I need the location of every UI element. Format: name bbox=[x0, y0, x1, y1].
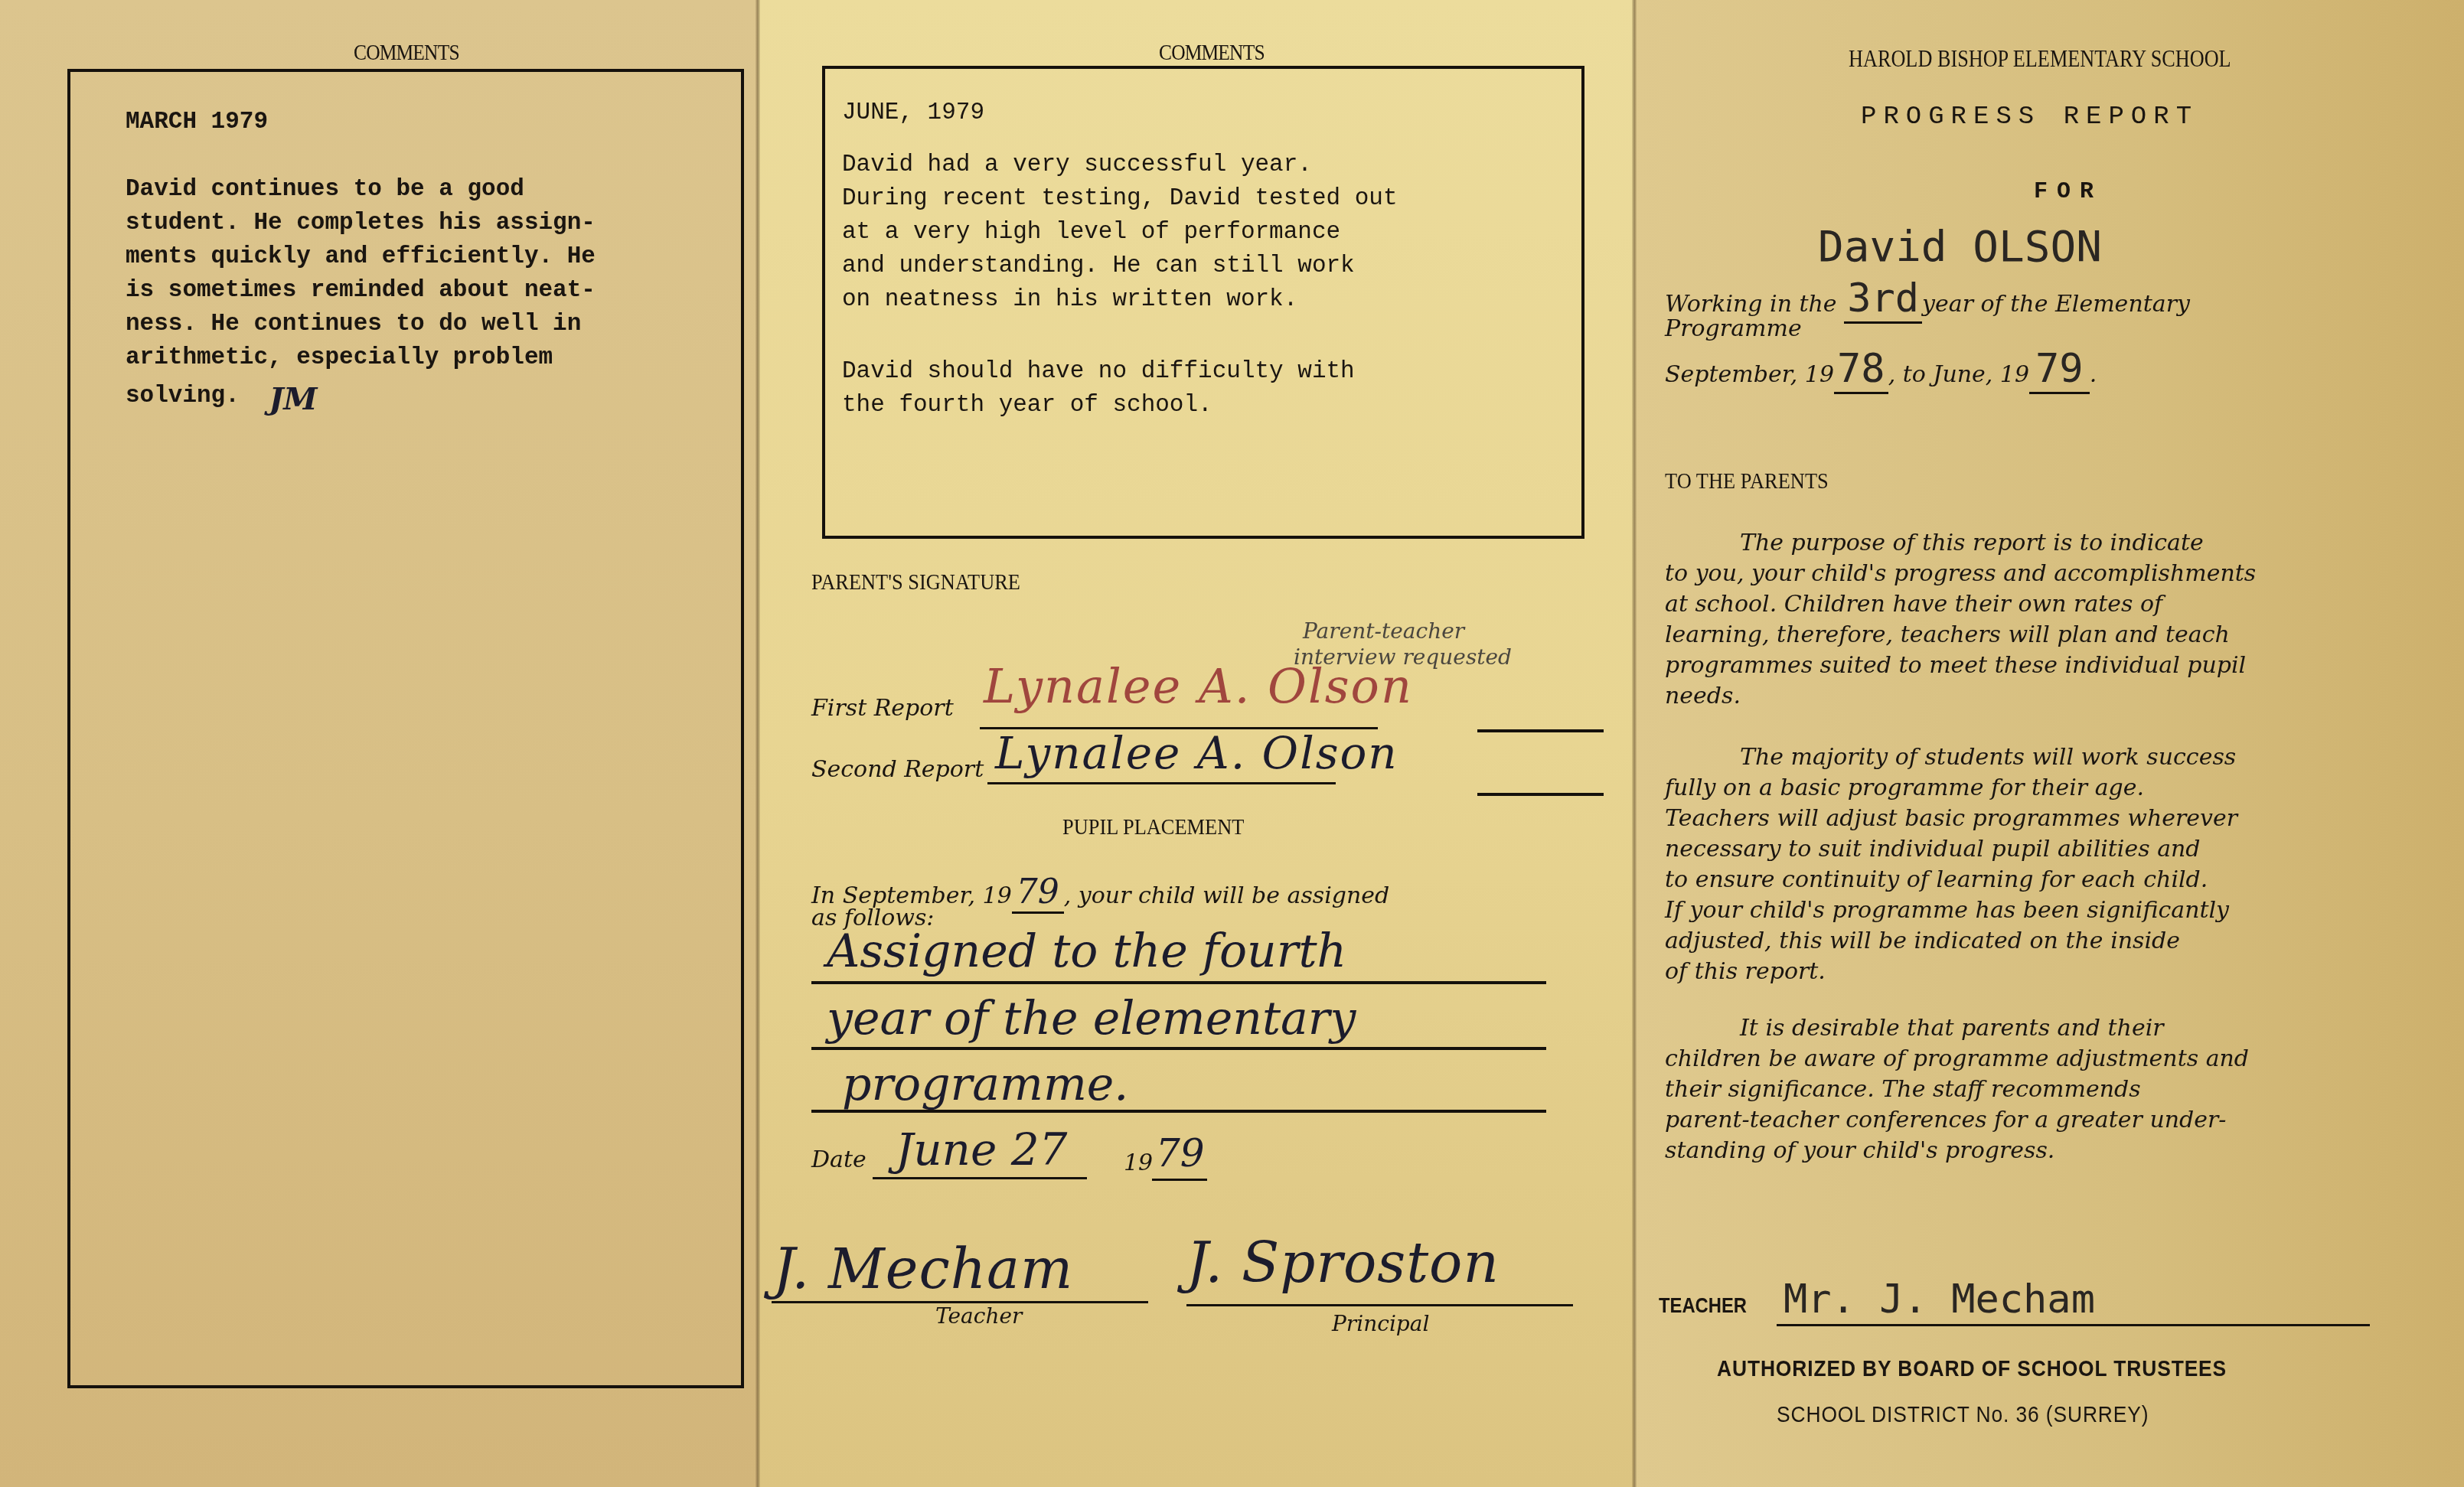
teacher-signature[interactable]: J. Mecham bbox=[773, 1237, 1073, 1301]
march-comment-text: David continues to be a good student. He… bbox=[126, 173, 596, 413]
left-panel: COMMENTS MARCH 1979 David continues to b… bbox=[0, 0, 758, 1487]
placement-assignment-line-1[interactable]: Assigned to the fourth bbox=[827, 924, 1346, 978]
for-label: FOR bbox=[2034, 179, 2103, 205]
march-comment-box: MARCH 1979 David continues to be a good … bbox=[67, 69, 744, 1388]
comment-line: David continues to be a good bbox=[126, 173, 596, 207]
paper-fold-right bbox=[1632, 0, 1637, 1487]
middle-panel: COMMENTS JUNE, 1979 David had a very suc… bbox=[758, 0, 1634, 1487]
paragraph-line: at school. Children have their own rates… bbox=[1665, 589, 2256, 620]
second-report-interview-checkbox-line[interactable] bbox=[1477, 793, 1604, 796]
teacher-name-line bbox=[1777, 1324, 2370, 1326]
paragraph-line: parent-teacher conferences for a greater… bbox=[1665, 1105, 2249, 1136]
period-prefix: September, 19 bbox=[1665, 361, 1834, 388]
paragraph-line: fully on a basic programme for their age… bbox=[1665, 773, 2237, 804]
left-comments-header: COMMENTS bbox=[354, 40, 459, 66]
paper-fold-left bbox=[756, 0, 760, 1487]
paragraph-line: learning, therefore, teachers will plan … bbox=[1665, 620, 2256, 651]
paragraph-line: It is desirable that parents and their bbox=[1665, 1013, 2249, 1044]
period-start-year: 78 bbox=[1834, 346, 1888, 394]
parents-paragraph-2: The majority of students will work succe… bbox=[1665, 742, 2237, 987]
comment-line: is sometimes reminded about neat- bbox=[126, 274, 596, 308]
period-middle: , to June, 19 bbox=[1888, 361, 2029, 388]
comment-line: David should have no difficulty with bbox=[842, 355, 1355, 389]
comment-line: ments quickly and efficiently. He bbox=[126, 240, 596, 274]
teacher-label: TEACHER bbox=[1659, 1293, 1747, 1318]
placement-year[interactable]: 79 bbox=[1012, 872, 1064, 914]
to-the-parents-heading: TO THE PARENTS bbox=[1665, 468, 1829, 494]
right-panel: HAROLD BISHOP ELEMENTARY SCHOOL PROGRESS… bbox=[1634, 0, 2464, 1487]
working-line2: Programme bbox=[1665, 314, 1802, 344]
paragraph-line: The purpose of this report is to indicat… bbox=[1665, 528, 2256, 559]
period-end: . bbox=[2090, 361, 2097, 388]
comment-line-last: solving. bbox=[126, 383, 240, 409]
principal-label: Principal bbox=[1332, 1309, 1429, 1339]
june-comment-paragraph-1: David had a very successful year. During… bbox=[842, 148, 1398, 317]
interview-note-line: Parent-teacher bbox=[1294, 618, 1512, 644]
paragraph-line: programmes suited to meet these individu… bbox=[1665, 651, 2256, 681]
placement-assignment-line-2[interactable]: year of the elementary bbox=[827, 992, 1356, 1045]
comment-line: David had a very successful year. bbox=[842, 148, 1398, 182]
paragraph-line: children be aware of programme adjustmen… bbox=[1665, 1044, 2249, 1074]
paragraph-line: standing of your child's progress. bbox=[1665, 1136, 2249, 1166]
year-value: 3rd bbox=[1844, 276, 1922, 324]
comment-line: ness. He continues to do well in bbox=[126, 308, 596, 341]
second-report-signature-line bbox=[987, 782, 1336, 784]
june-comment-date: JUNE, 1979 bbox=[842, 96, 984, 130]
principal-signature-line bbox=[1186, 1304, 1573, 1306]
pupil-placement-heading: PUPIL PLACEMENT bbox=[1062, 814, 1244, 840]
working-suffix: year of the Elementary bbox=[1922, 291, 2190, 318]
comment-line: solving. JM bbox=[126, 375, 596, 413]
placement-intro-suffix: , your child will be assigned bbox=[1064, 882, 1390, 909]
placement-line-2 bbox=[811, 1047, 1546, 1050]
authorized-line: AUTHORIZED BY BOARD OF SCHOOL TRUSTEES bbox=[1717, 1356, 2227, 1382]
second-report-label: Second Report bbox=[811, 755, 984, 785]
teacher-initials: JM bbox=[269, 381, 317, 417]
principal-signature[interactable]: J. Sproston bbox=[1186, 1231, 1500, 1295]
first-report-interview-checkbox-line[interactable] bbox=[1477, 729, 1604, 732]
placement-assignment-line-3[interactable]: programme. bbox=[842, 1058, 1128, 1111]
paragraph-line: needs. bbox=[1665, 681, 2256, 712]
placement-date-year[interactable]: 79 bbox=[1156, 1131, 1205, 1176]
school-year-period: September, 1978, to June, 1979. bbox=[1665, 354, 2097, 390]
paragraph-line: of this report. bbox=[1665, 957, 2237, 987]
first-report-signature[interactable]: Lynalee A. Olson bbox=[984, 658, 1413, 714]
placement-date-line bbox=[873, 1177, 1087, 1179]
first-report-label: First Report bbox=[811, 693, 954, 724]
student-name: David OLSON bbox=[1818, 222, 2102, 272]
placement-date-value[interactable]: June 27 bbox=[896, 1123, 1068, 1176]
parents-paragraph-3: It is desirable that parents and their c… bbox=[1665, 1013, 2249, 1166]
placement-line-3 bbox=[811, 1110, 1546, 1113]
school-name: HAROLD BISHOP ELEMENTARY SCHOOL bbox=[1849, 44, 2231, 73]
paragraph-line: The majority of students will work succe… bbox=[1665, 742, 2237, 773]
teacher-label: Teacher bbox=[935, 1301, 1022, 1332]
comment-line: arithmetic, especially problem bbox=[126, 341, 596, 375]
placement-date-label: Date bbox=[811, 1145, 866, 1176]
period-end-year: 79 bbox=[2029, 346, 2090, 394]
second-report-signature[interactable]: Lynalee A. Olson bbox=[995, 727, 1398, 779]
comment-line: and understanding. He can still work bbox=[842, 249, 1398, 283]
comment-line: During recent testing, David tested out bbox=[842, 182, 1398, 216]
parents-signature-heading: PARENT'S SIGNATURE bbox=[811, 569, 1020, 595]
paragraph-line: their significance. The staff recommends bbox=[1665, 1074, 2249, 1105]
paragraph-line: to ensure continuity of learning for eac… bbox=[1665, 865, 2237, 895]
placement-line-1 bbox=[811, 981, 1546, 984]
comment-line: at a very high level of performance bbox=[842, 216, 1398, 249]
paragraph-line: necessary to suit individual pupil abili… bbox=[1665, 834, 2237, 865]
june-comment-paragraph-2: David should have no difficulty with the… bbox=[842, 355, 1355, 422]
comment-line: on neatness in his written work. bbox=[842, 283, 1398, 317]
report-title: PROGRESS REPORT bbox=[1861, 103, 2198, 132]
comment-line: student. He completes his assign- bbox=[126, 207, 596, 240]
paragraph-line: If your child's programme has been signi… bbox=[1665, 895, 2237, 926]
june-comment-box: JUNE, 1979 David had a very successful y… bbox=[822, 66, 1584, 539]
placement-date-year-prefix: 19 bbox=[1124, 1148, 1153, 1179]
paragraph-line: to you, your child's progress and accomp… bbox=[1665, 559, 2256, 589]
district-line: SCHOOL DISTRICT No. 36 (SURREY) bbox=[1777, 1402, 2149, 1428]
paragraph-line: Teachers will adjust basic programmes wh… bbox=[1665, 804, 2237, 834]
comment-line: the fourth year of school. bbox=[842, 389, 1355, 422]
parents-paragraph-1: The purpose of this report is to indicat… bbox=[1665, 528, 2256, 712]
march-comment-date: MARCH 1979 bbox=[126, 106, 268, 139]
placement-date-year-line bbox=[1152, 1179, 1207, 1181]
middle-comments-header: COMMENTS bbox=[1159, 40, 1265, 66]
paragraph-line: adjusted, this will be indicated on the … bbox=[1665, 926, 2237, 957]
teacher-name: Mr. J. Mecham bbox=[1784, 1277, 2095, 1322]
